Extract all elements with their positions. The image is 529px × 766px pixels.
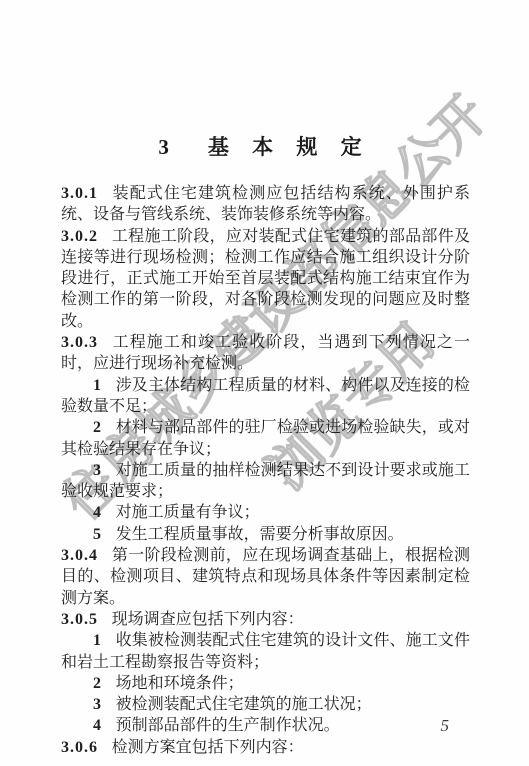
clause-3-0-6: 3.0.6检测方案宜包括下列内容： — [61, 737, 470, 758]
clause-text: 工程施工阶段，应对装配式住宅建筑的部品部件及连接等进行现场检测；检测工作应结合施… — [61, 228, 470, 330]
clause-text: 工程施工和竣工验收阶段，当遇到下列情况之一时，应进行现场补充检测。 — [61, 334, 470, 372]
clause-number: 3.0.3 — [61, 334, 98, 351]
list-item-5: 5发生工程质量事故，需要分析事故原因。 — [61, 524, 470, 545]
item-text: 材料与部品部件的驻厂检验或进场检验缺失，或对其检验结果存在争议； — [61, 419, 470, 457]
clause-text: 现场调查应包括下列内容： — [112, 611, 304, 628]
item-text: 涉及主体结构工程质量的材料、构件以及连接的检验数量不足； — [61, 377, 470, 415]
clause-number: 3.0.6 — [61, 739, 98, 756]
list-item-4: 4对施工质量有争议； — [61, 502, 470, 523]
item-text: 场地和环境条件； — [116, 675, 244, 692]
clause-3-0-1: 3.0.1装配式住宅建筑检测应包括结构系统、外围护系统、设备与管线系统、装饰装修… — [61, 183, 470, 226]
item-number: 2 — [93, 675, 102, 692]
item-text: 发生工程质量事故，需要分析事故原因。 — [116, 526, 404, 543]
clause-text: 第一阶段检测前，应在现场调查基础上，根据检测目的、检测项目、建筑特点和现场具体条… — [61, 547, 470, 607]
item-number: 1 — [93, 632, 102, 649]
item-text: 对施工质量有争议； — [116, 504, 260, 521]
clause-number: 3.0.1 — [61, 185, 98, 202]
list-item-4: 4预制部品部件的生产制作状况。 — [61, 715, 470, 736]
item-number: 3 — [93, 696, 102, 713]
item-text: 对施工质量的抽样检测结果达不到设计要求或施工验收规范要求； — [61, 462, 470, 500]
item-number: 4 — [93, 717, 102, 734]
list-item-2: 2场地和环境条件； — [61, 673, 470, 694]
clause-text: 检测方案宜包括下列内容： — [112, 739, 304, 756]
clause-number: 3.0.2 — [61, 228, 98, 245]
clause-3-0-3: 3.0.3工程施工和竣工验收阶段，当遇到下列情况之一时，应进行现场补充检测。 — [61, 332, 470, 375]
clause-number: 3.0.4 — [61, 547, 98, 564]
page-number: 5 — [441, 716, 450, 736]
list-item-1: 1涉及主体结构工程质量的材料、构件以及连接的检验数量不足； — [61, 375, 470, 418]
item-number: 1 — [93, 377, 102, 394]
list-item-2: 2材料与部品部件的驻厂检验或进场检验缺失，或对其检验结果存在争议； — [61, 417, 470, 460]
clause-3-0-2: 3.0.2工程施工阶段，应对装配式住宅建筑的部品部件及连接等进行现场检测；检测工… — [61, 226, 470, 332]
list-item-3: 3被检测装配式住宅建筑的施工状况； — [61, 694, 470, 715]
list-item-1: 1收集被检测装配式住宅建筑的设计文件、施工文件和岩土工程勘察报告等资料； — [61, 630, 470, 673]
clause-text: 装配式住宅建筑检测应包括结构系统、外围护系统、设备与管线系统、装饰装修系统等内容… — [61, 185, 470, 223]
chapter-title: 3 基 本 规 定 — [0, 131, 529, 161]
item-text: 被检测装配式住宅建筑的施工状况； — [116, 696, 372, 713]
document-page: 住房城乡建设部信息公开 浏览专用 3 基 本 规 定 3.0.1装配式住宅建筑检… — [0, 0, 529, 766]
item-text: 预制部品部件的生产制作状况。 — [116, 717, 340, 734]
item-number: 2 — [93, 419, 102, 436]
item-number: 3 — [93, 462, 102, 479]
clause-number: 3.0.5 — [61, 611, 98, 628]
item-text: 收集被检测装配式住宅建筑的设计文件、施工文件和岩土工程勘察报告等资料； — [61, 632, 470, 670]
item-number: 5 — [93, 526, 102, 543]
clause-3-0-4: 3.0.4第一阶段检测前，应在现场调查基础上，根据检测目的、检测项目、建筑特点和… — [61, 545, 470, 609]
list-item-3: 3对施工质量的抽样检测结果达不到设计要求或施工验收规范要求； — [61, 460, 470, 503]
body-text-block: 3.0.1装配式住宅建筑检测应包括结构系统、外围护系统、设备与管线系统、装饰装修… — [61, 183, 470, 758]
clause-3-0-5: 3.0.5现场调查应包括下列内容： — [61, 609, 470, 630]
item-number: 4 — [93, 504, 102, 521]
